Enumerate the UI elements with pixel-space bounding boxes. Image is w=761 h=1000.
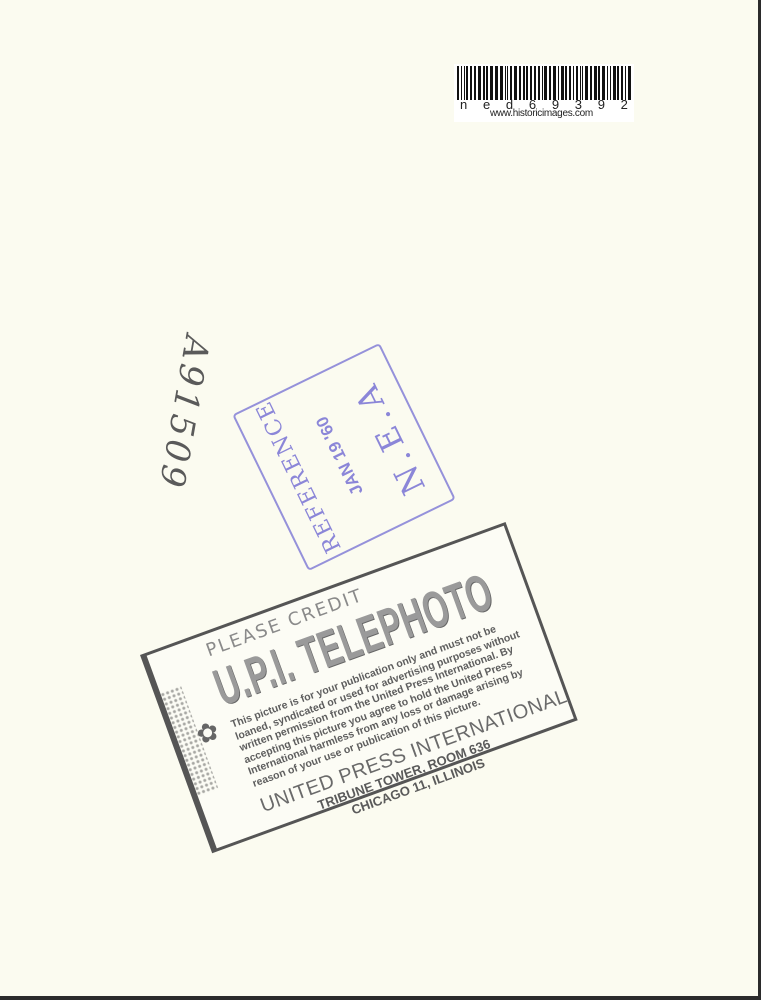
handwritten-note: A91509 (153, 333, 217, 478)
photo-back-paper: ned69392 www.historicimages.com A91509 R… (0, 0, 761, 1000)
barcode-char: 9 (598, 97, 605, 112)
reference-stamp: REFERENCE JAN 19 '60 N.E.A (232, 343, 456, 571)
barcode-label: ned69392 www.historicimages.com (454, 64, 634, 122)
barcode-url: www.historicimages.com (490, 108, 593, 119)
upi-credit-stamp: PLEASE CREDIT U.P.I. TELEPHOTO ✿ This pi… (140, 522, 578, 853)
barcode-char: n (460, 97, 467, 112)
barcode-char: 2 (621, 97, 628, 112)
barcode-icon (457, 66, 631, 100)
